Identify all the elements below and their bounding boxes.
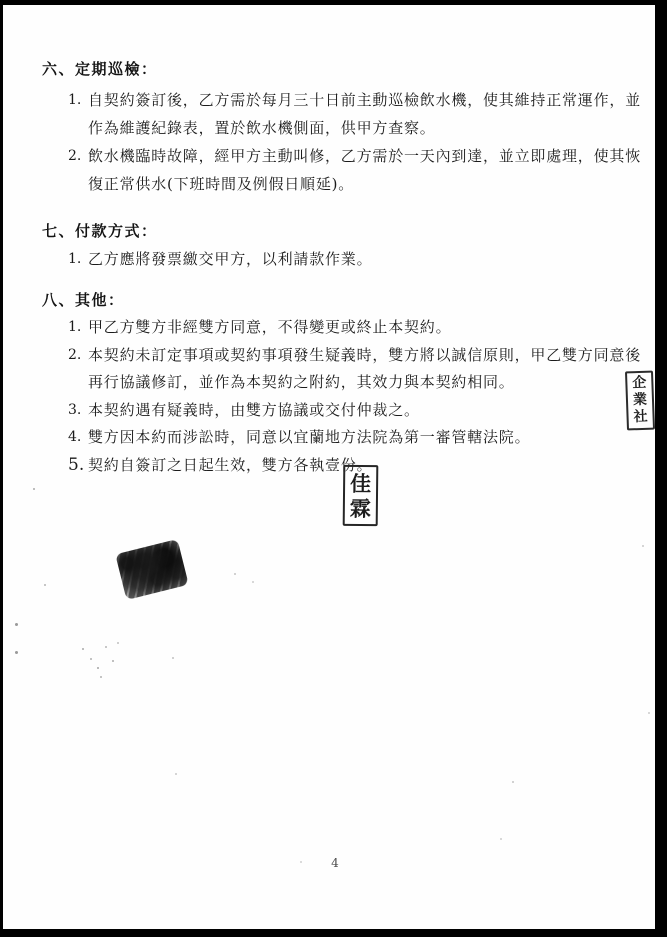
contract-text-line: 飲水機臨時故障，經甲方主動叫修，乙方需於一天內到達，並立即處理，使其恢 [88,142,641,170]
item-number: 1. [68,245,81,273]
scan-speck [97,667,99,669]
scanned-page: 六、定期巡檢： 1. 自契約簽訂後，乙方需於每月三十日前主動巡檢飲水機，使其維持… [3,5,655,929]
item-number: 2. [68,142,81,170]
contract-item: 1. 甲乙方雙方非經雙方同意，不得變更或終止本契約。 [42,314,641,342]
contract-text-line: 甲乙方雙方非經雙方同意，不得變更或終止本契約。 [88,314,641,342]
scan-speck [642,545,644,547]
item-number: 3. [68,397,81,425]
contract-text-line: 乙方應將發票繳交甲方，以利請款作業。 [88,245,641,273]
contract-item: 1. 自契約簽訂後，乙方需於每月三十日前主動巡檢飲水機，使其維持正常運作，並 作… [42,86,641,142]
seal-character: 霖 [350,495,371,520]
scan-speck [234,573,236,575]
scan-speck [112,660,114,662]
item-number: 1. [68,314,81,342]
contract-item: 1. 乙方應將發票繳交甲方，以利請款作業。 [42,245,641,273]
scan-speck [117,642,119,644]
scan-speck [100,676,102,678]
section-heading: 六、定期巡檢： [42,55,641,83]
section-others: 八、其他： 1. 甲乙方雙方非經雙方同意，不得變更或終止本契約。 2. 本契約未… [42,286,641,479]
item-number: 2. [68,342,81,370]
contract-text-line: 雙方因本約而涉訟時，同意以宜蘭地方法院為第一審管轄法院。 [88,424,641,452]
section-heading: 七、付款方式： [42,217,641,245]
contract-item: 3. 本契約遇有疑義時，由雙方協議或交付仲裁之。 [42,397,641,425]
company-seal-stamp: 企 業 社 [625,371,655,431]
contract-item: 2. 飲水機臨時故障，經甲方主動叫修，乙方需於一天內到達，並立即處理，使其恢 復… [42,142,641,198]
scan-speck [252,581,254,583]
scan-speck [172,657,174,659]
contract-item: 4. 雙方因本約而涉訟時，同意以宜蘭地方法院為第一審管轄法院。 [42,424,641,452]
contract-text-line: 自契約簽訂後，乙方需於每月三十日前主動巡檢飲水機，使其維持正常運作，並 [88,86,641,114]
scan-speck [105,646,107,648]
scan-speck [15,651,18,654]
seal-character: 社 [633,409,648,426]
section-heading: 八、其他： [42,286,641,314]
scan-speck [175,773,177,775]
section-periodic-inspection: 六、定期巡檢： 1. 自契約簽訂後，乙方需於每月三十日前主動巡檢飲水機，使其維持… [42,55,641,198]
seal-character: 業 [633,392,648,409]
section-payment-terms: 七、付款方式： 1. 乙方應將發票繳交甲方，以利請款作業。 [42,217,641,273]
seal-character: 佳 [350,470,371,495]
contract-item: 5. 契約自簽訂之日起生效，雙方各執壹份。 [42,452,641,480]
item-number: 5. [68,452,84,480]
contract-text-line: 再行協議修訂，並作為本契約之附約，其效力與本契約相同。 [88,369,641,397]
scan-speck [82,648,84,650]
scan-speck [512,781,514,783]
contract-text-line: 本契約遇有疑義時，由雙方協議或交付仲裁之。 [88,397,641,425]
contract-text-line: 作為維護紀錄表，置於飲水機側面，供甲方查察。 [88,114,641,142]
contract-text-line: 本契約未訂定事項或契約事項發生疑義時，雙方將以誠信原則，甲乙雙方同意後 [88,342,641,370]
seal-character: 企 [632,375,647,392]
name-seal-stamp: 佳 霖 [343,465,379,526]
smudged-ink-stamp [115,539,188,600]
scan-speck [500,838,502,840]
item-number: 4. [68,424,81,452]
contract-item: 2. 本契約未訂定事項或契約事項發生疑義時，雙方將以誠信原則，甲乙雙方同意後 再… [42,342,641,397]
scan-speck [33,488,35,490]
page-number: 4 [325,856,345,870]
scan-speck [300,861,302,863]
scan-speck [90,658,92,660]
contract-text-line: 復正常供水(下班時間及例假日順延)。 [88,170,641,198]
scan-speck [15,623,18,626]
scan-speck [44,584,46,586]
item-number: 1. [68,86,81,114]
scan-speck [648,712,650,714]
